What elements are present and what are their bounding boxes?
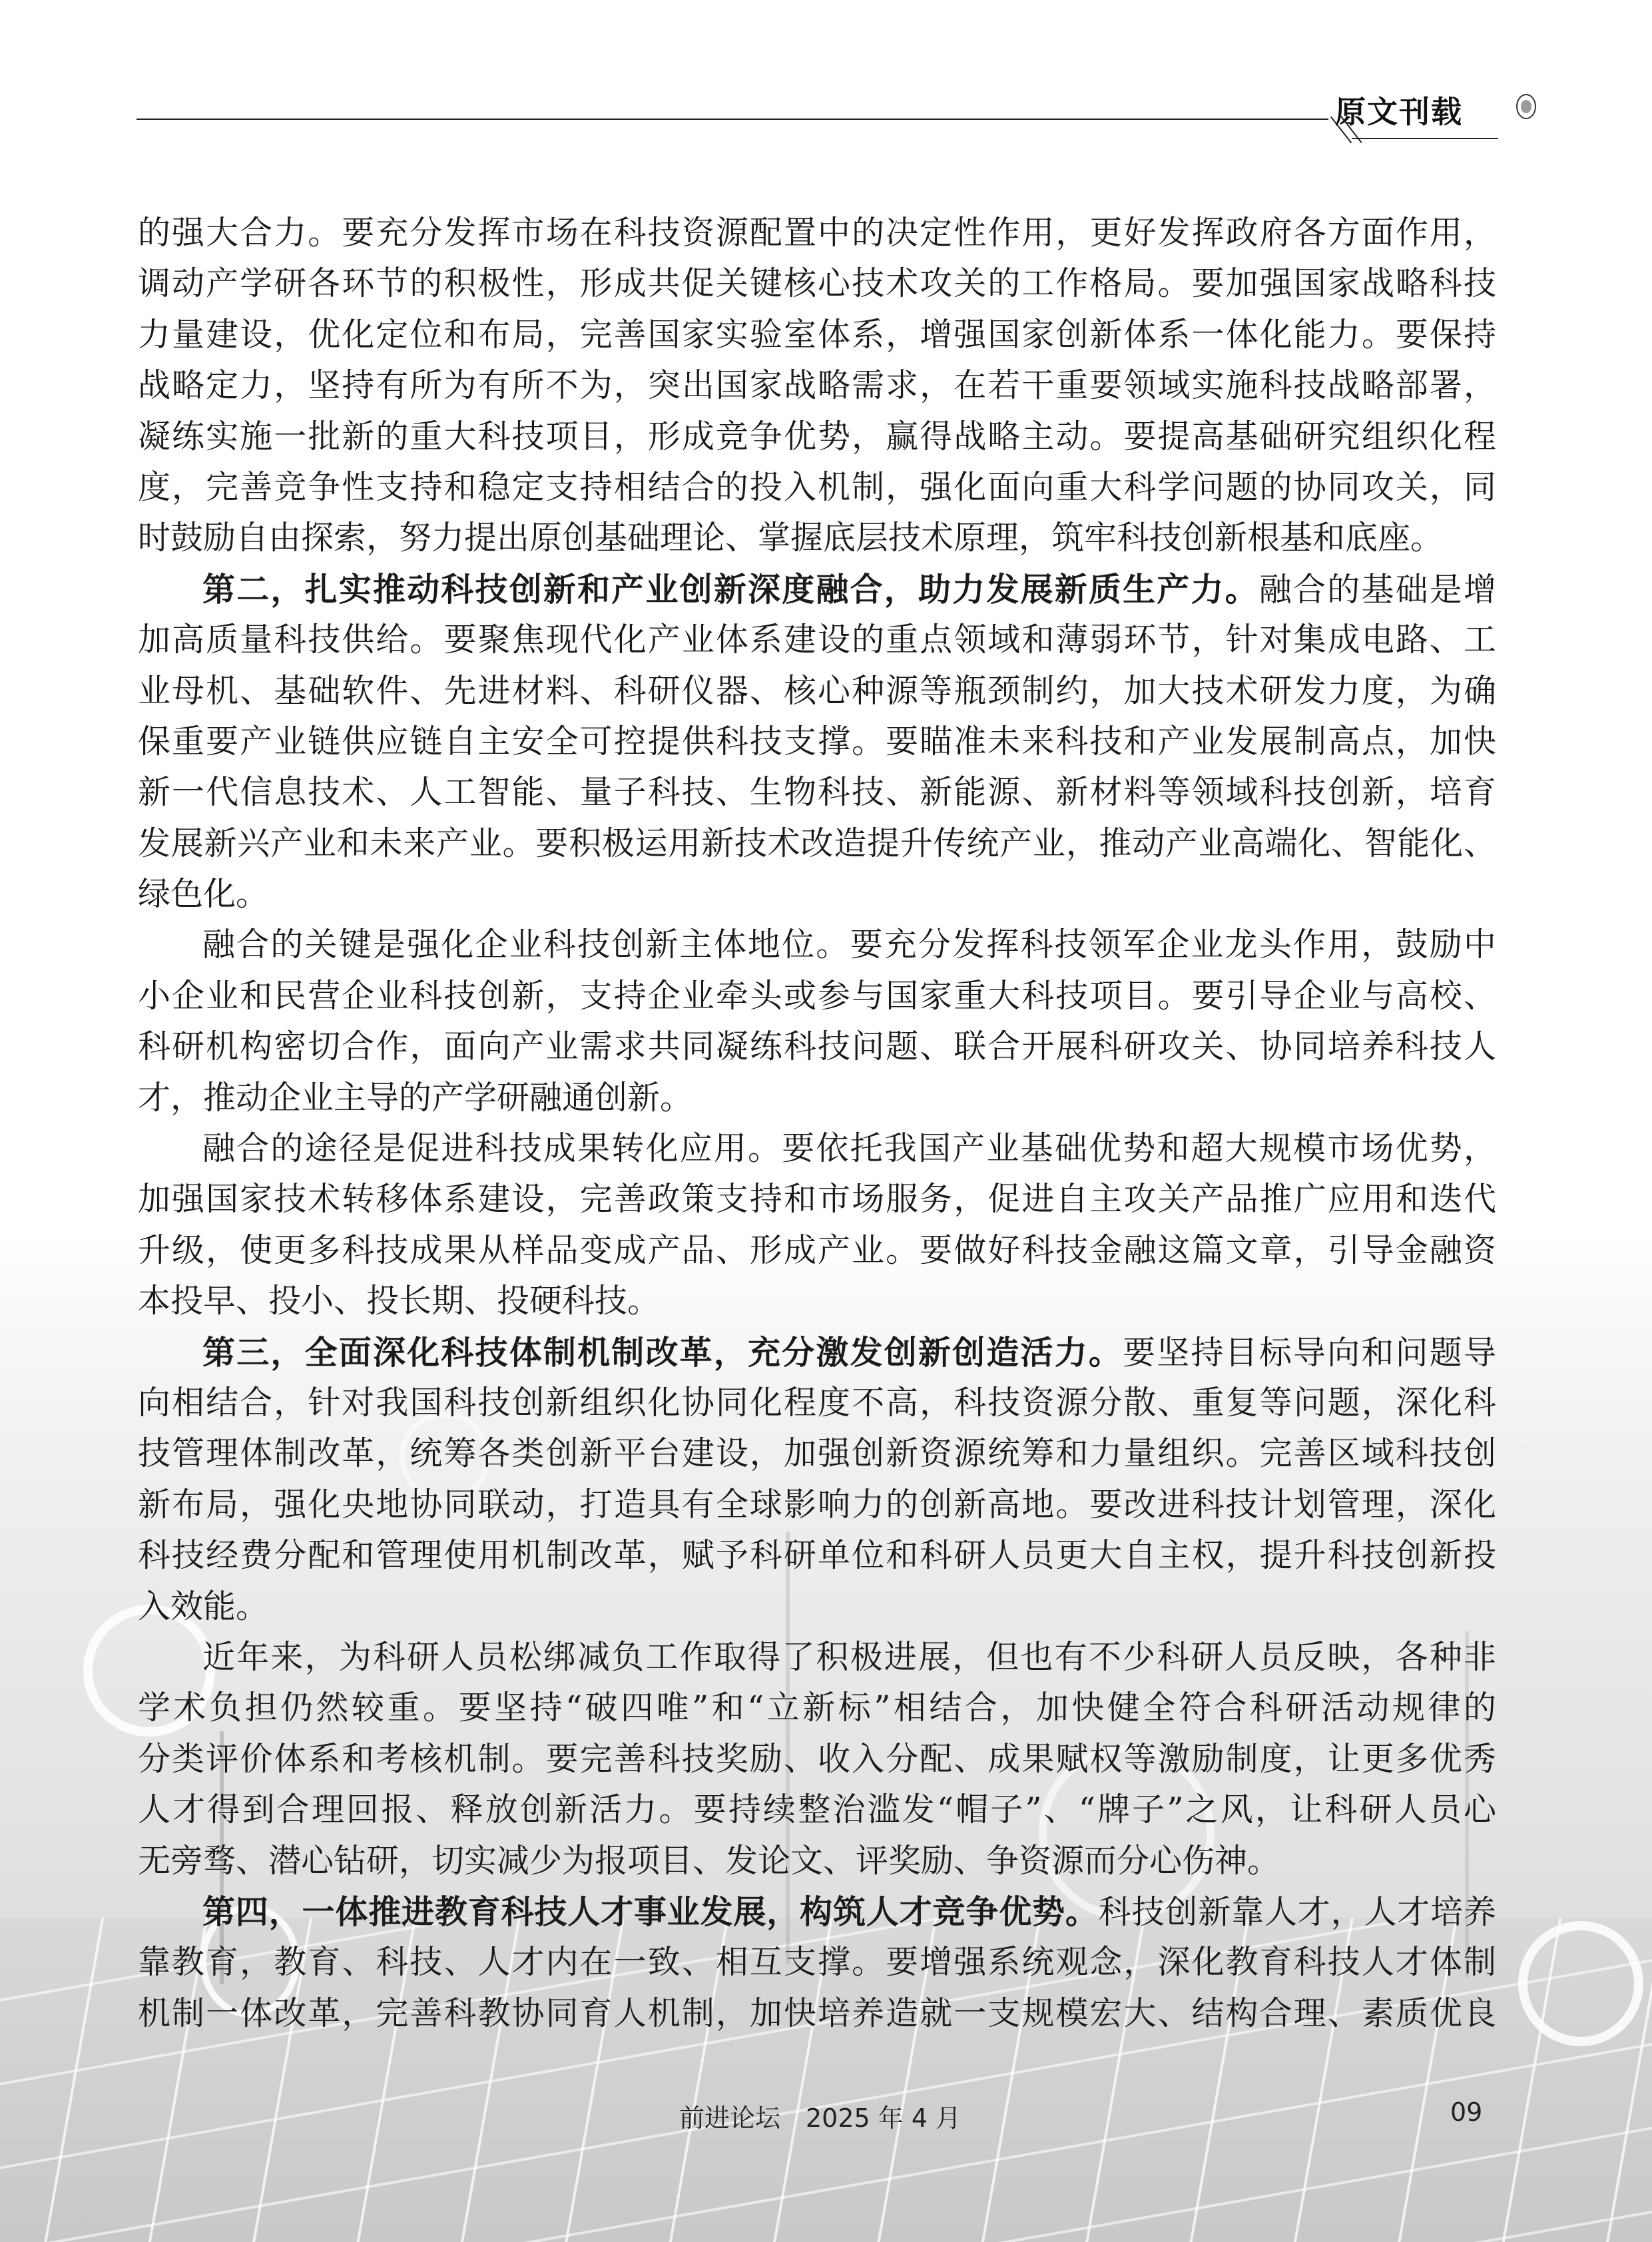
section-heading: 第三，全面深化科技体制机制改革，充分激发创新创造活力。 bbox=[202, 1333, 1123, 1372]
line-text: 力量建设，优化定位和布局，完善国家实验室体系，增强国家创新体系一体化能力。要保持 bbox=[138, 316, 1496, 354]
line-text: 科技经费分配和管理使用机制改革，赋予科研单位和科研人员更大自主权，提升科技创新投 bbox=[138, 1536, 1496, 1574]
line-text: 保重要产业链供应链自主安全可控提供科技支撑。要瞄准未来科技和产业发展制高点，加快 bbox=[138, 722, 1496, 760]
text-line: 靠教育，教育、科技、人才内在一致、相互支撑。要增强系统观念，深化教育科技人才体制 bbox=[138, 1937, 1496, 1988]
text-line: 凝练实施一批新的重大科技项目，形成竞争优势，赢得战略主动。要提高基础研究组织化程 bbox=[138, 412, 1496, 462]
line-text: 无旁骛、潜心钻研，切实减少为报项目、发论文、评奖励、争资源而分心伤神。 bbox=[138, 1842, 1280, 1880]
line-text: 融合的途径是促进科技成果转化应用。要依托我国产业基础优势和超大规模市场优势， bbox=[202, 1129, 1496, 1167]
line-text: 机制一体改革，完善科教协同育人机制，加快培养造就一支规模宏大、结构合理、素质优良 bbox=[138, 1994, 1496, 2032]
line-text: 要坚持目标导向和问题导 bbox=[1123, 1334, 1496, 1372]
text-line: 技管理体制改革，统筹各类创新平台建设，加强创新资源统筹和力量组织。完善区域科技创 bbox=[138, 1428, 1496, 1479]
text-line: 第四，一体推进教育科技人才事业发展，构筑人才竞争优势。科技创新靠人才，人才培养 bbox=[138, 1886, 1496, 1937]
line-text: 的强大合力。要充分发挥市场在科技资源配置中的决定性作用，更好发挥政府各方面作用， bbox=[138, 214, 1496, 252]
text-line: 战略定力，坚持有所为有所不为，突出国家战略需求，在若干重要领域实施科技战略部署， bbox=[138, 360, 1496, 411]
text-line: 力量建设，优化定位和布局，完善国家实验室体系，增强国家创新体系一体化能力。要保持 bbox=[138, 310, 1496, 360]
line-text: 入效能。 bbox=[138, 1587, 268, 1625]
line-text: 科技创新靠人才，人才培养 bbox=[1099, 1893, 1496, 1931]
text-line: 第三，全面深化科技体制机制改革，充分激发创新创造活力。要坚持目标导向和问题导 bbox=[138, 1327, 1496, 1378]
text-line: 科研机构密切合作，面向产业需求共同凝练科技问题、联合开展科研攻关、协同培养科技人 bbox=[138, 1021, 1496, 1072]
line-text: 调动产学研各环节的积极性，形成共促关键核心技术攻关的工作格局。要加强国家战略科技 bbox=[138, 264, 1496, 302]
line-text: 分类评价体系和考核机制。要完善科技奖励、收入分配、成果赋权等激励制度，让更多优秀 bbox=[138, 1740, 1496, 1778]
line-text: 近年来，为科研人员松绑减负工作取得了积极进展，但也有不少科研人员反映，各种非 bbox=[202, 1638, 1496, 1676]
text-line: 的强大合力。要充分发挥市场在科技资源配置中的决定性作用，更好发挥政府各方面作用， bbox=[138, 208, 1496, 258]
text-line: 机制一体改革，完善科教协同育人机制，加快培养造就一支规模宏大、结构合理、素质优良 bbox=[138, 1988, 1496, 2039]
line-text: 学术负担仍然较重。要坚持“破四唯”和“立新标”相结合，加快健全符合科研活动规律的 bbox=[138, 1689, 1496, 1727]
line-text: 融合的基础是增 bbox=[1259, 571, 1496, 609]
header-rule-right bbox=[1352, 138, 1498, 139]
text-line: 科技经费分配和管理使用机制改革，赋予科研单位和科研人员更大自主权，提升科技创新投 bbox=[138, 1530, 1496, 1581]
text-line: 加强国家技术转移体系建设，完善政策支持和市场服务，促进自主攻关产品推广应用和迭代 bbox=[138, 1174, 1496, 1225]
issue-date: 2025 年 4 月 bbox=[806, 2098, 961, 2134]
text-line: 度，完善竞争性支持和稳定支持相结合的投入机制，强化面向重大科学问题的协同攻关，同 bbox=[138, 462, 1496, 513]
circle-dot-icon bbox=[1516, 94, 1536, 119]
line-text: 新一代信息技术、人工智能、量子科技、生物科技、新能源、新材料等领域科技创新，培育 bbox=[138, 773, 1496, 811]
line-text: 新布局，强化央地协同联动，打造具有全球影响力的创新高地。要改进科技计划管理，深化 bbox=[138, 1486, 1496, 1524]
line-text: 发展新兴产业和未来产业。要积极运用新技术改造提升传统产业，推动产业高端化、智能化… bbox=[138, 824, 1496, 862]
line-text: 度，完善竞争性支持和稳定支持相结合的投入机制，强化面向重大科学问题的协同攻关，同 bbox=[138, 468, 1496, 506]
text-line: 发展新兴产业和未来产业。要积极运用新技术改造提升传统产业，推动产业高端化、智能化… bbox=[138, 818, 1496, 869]
text-line: 升级，使更多科技成果从样品变成产品、形成产业。要做好科技金融这篇文章，引导金融资 bbox=[138, 1225, 1496, 1276]
text-line: 时鼓励自由探索，努力提出原创基础理论、掌握底层技术原理，筑牢科技创新根基和底座。 bbox=[138, 513, 1496, 563]
text-line: 向相结合，针对我国科技创新组织化协同化程度不高，科技资源分散、重复等问题，深化科 bbox=[138, 1378, 1496, 1428]
article-body: 的强大合力。要充分发挥市场在科技资源配置中的决定性作用，更好发挥政府各方面作用，… bbox=[138, 208, 1496, 2039]
line-text: 业母机、基础软件、先进材料、科研仪器、核心种源等瓶颈制约，加大技术研发力度，为确 bbox=[138, 672, 1496, 710]
journal-name: 前进论坛 bbox=[679, 2098, 780, 2134]
text-line: 新一代信息技术、人工智能、量子科技、生物科技、新能源、新材料等领域科技创新，培育 bbox=[138, 767, 1496, 818]
text-line: 绿色化。 bbox=[138, 869, 1496, 920]
text-line: 业母机、基础软件、先进材料、科研仪器、核心种源等瓶颈制约，加大技术研发力度，为确 bbox=[138, 666, 1496, 716]
text-line: 分类评价体系和考核机制。要完善科技奖励、收入分配、成果赋权等激励制度，让更多优秀 bbox=[138, 1734, 1496, 1785]
text-line: 人才得到合理回报、释放创新活力。要持续整治滥发“帽子”、“牌子”之风，让科研人员… bbox=[138, 1785, 1496, 1835]
text-line: 第二，扎实推动科技创新和产业创新深度融合，助力发展新质生产力。融合的基础是增 bbox=[138, 564, 1496, 615]
text-line: 学术负担仍然较重。要坚持“破四唯”和“立新标”相结合，加快健全符合科研活动规律的 bbox=[138, 1683, 1496, 1733]
section-label: 原文刊载 bbox=[1335, 88, 1463, 132]
line-text: 战略定力，坚持有所为有所不为，突出国家战略需求，在若干重要领域实施科技战略部署， bbox=[138, 366, 1496, 404]
line-text: 时鼓励自由探索，努力提出原创基础理论、掌握底层技术原理，筑牢科技创新根基和底座。 bbox=[138, 519, 1443, 557]
line-text: 小企业和民营企业科技创新，支持企业牵头或参与国家重大科技项目。要引导企业与高校、 bbox=[138, 977, 1496, 1015]
section-heading: 第四，一体推进教育科技人才事业发展，构筑人才竞争优势。 bbox=[202, 1892, 1099, 1931]
text-line: 调动产学研各环节的积极性，形成共促关键核心技术攻关的工作格局。要加强国家战略科技 bbox=[138, 258, 1496, 309]
text-line: 小企业和民营企业科技创新，支持企业牵头或参与国家重大科技项目。要引导企业与高校、 bbox=[138, 971, 1496, 1021]
line-text: 本投早、投小、投长期、投硬科技。 bbox=[138, 1282, 660, 1320]
line-text: 融合的关键是强化企业科技创新主体地位。要充分发挥科技领军企业龙头作用，鼓励中 bbox=[202, 926, 1496, 964]
text-line: 融合的关键是强化企业科技创新主体地位。要充分发挥科技领军企业龙头作用，鼓励中 bbox=[138, 920, 1496, 970]
page-number: 09 bbox=[1450, 2098, 1482, 2127]
text-line: 才，推动企业主导的产学研融通创新。 bbox=[138, 1073, 1496, 1123]
text-line: 保重要产业链供应链自主安全可控提供科技支撑。要瞄准未来科技和产业发展制高点，加快 bbox=[138, 716, 1496, 767]
text-line: 新布局，强化央地协同联动，打造具有全球影响力的创新高地。要改进科技计划管理，深化 bbox=[138, 1480, 1496, 1530]
text-line: 无旁骛、潜心钻研，切实减少为报项目、发论文、评奖励、争资源而分心伤神。 bbox=[138, 1836, 1496, 1886]
line-text: 靠教育，教育、科技、人才内在一致、相互支撑。要增强系统观念，深化教育科技人才体制 bbox=[138, 1943, 1496, 1981]
line-text: 加强国家技术转移体系建设，完善政策支持和市场服务，促进自主攻关产品推广应用和迭代 bbox=[138, 1180, 1496, 1218]
solar-panel-circle-icon bbox=[1518, 1921, 1643, 2046]
line-text: 才，推动企业主导的产学研融通创新。 bbox=[138, 1079, 692, 1117]
line-text: 加高质量科技供给。要聚焦现代化产业体系建设的重点领域和薄弱环节，针对集成电路、工 bbox=[138, 621, 1496, 659]
line-text: 绿色化。 bbox=[138, 875, 268, 913]
line-text: 升级，使更多科技成果从样品变成产品、形成产业。要做好科技金融这篇文章，引导金融资 bbox=[138, 1231, 1496, 1269]
section-heading: 第二，扎实推动科技创新和产业创新深度融合，助力发展新质生产力。 bbox=[202, 570, 1259, 609]
text-line: 本投早、投小、投长期、投硬科技。 bbox=[138, 1276, 1496, 1326]
text-line: 入效能。 bbox=[138, 1581, 1496, 1632]
text-line: 近年来，为科研人员松绑减负工作取得了积极进展，但也有不少科研人员反映，各种非 bbox=[138, 1632, 1496, 1683]
text-line: 融合的途径是促进科技成果转化应用。要依托我国产业基础优势和超大规模市场优势， bbox=[138, 1123, 1496, 1174]
text-line: 加高质量科技供给。要聚焦现代化产业体系建设的重点领域和薄弱环节，针对集成电路、工 bbox=[138, 615, 1496, 665]
line-text: 凝练实施一批新的重大科技项目，形成竞争优势，赢得战略主动。要提高基础研究组织化程 bbox=[138, 418, 1496, 455]
line-text: 技管理体制改革，统筹各类创新平台建设，加强创新资源统筹和力量组织。完善区域科技创 bbox=[138, 1434, 1496, 1472]
header-rule-left bbox=[137, 119, 1328, 120]
line-text: 科研机构密切合作，面向产业需求共同凝练科技问题、联合开展科研攻关、协同培养科技人 bbox=[138, 1027, 1496, 1065]
line-text: 人才得到合理回报、释放创新活力。要持续整治滥发“帽子”、“牌子”之风，让科研人员… bbox=[138, 1791, 1496, 1828]
line-text: 向相结合，针对我国科技创新组织化协同化程度不高，科技资源分散、重复等问题，深化科 bbox=[138, 1384, 1496, 1422]
